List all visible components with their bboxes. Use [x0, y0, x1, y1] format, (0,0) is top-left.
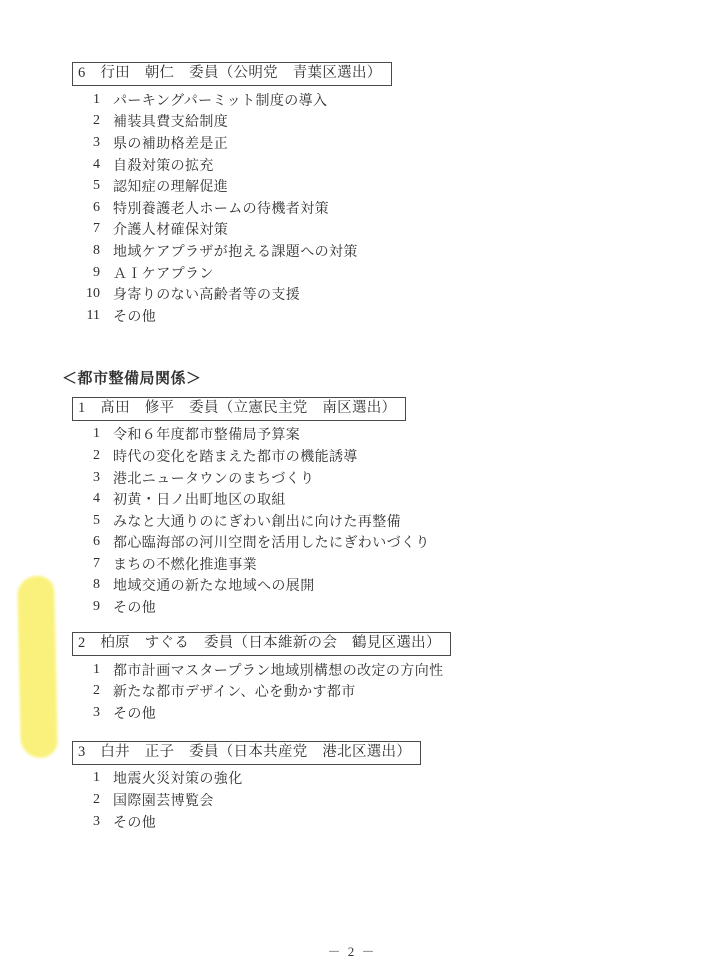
- agenda-item-text: 時代の変化を踏まえた都市の機能誘導: [113, 446, 358, 466]
- agenda-item-text: その他: [113, 306, 156, 326]
- agenda-item-text: 自殺対策の拡充: [113, 155, 214, 175]
- agenda-item: 4初黄・日ノ出町地区の取組: [72, 488, 682, 510]
- agenda-item-number: 3: [72, 135, 100, 151]
- agenda-item-number: 7: [72, 221, 100, 237]
- agenda-item-number: 3: [72, 470, 100, 486]
- member-header-text: 3 白井 正子 委員（日本共産党 港北区選出）: [78, 744, 411, 760]
- agenda-item: 2国際園芸博覧会: [72, 789, 682, 811]
- agenda-item: 9その他: [72, 596, 682, 618]
- agenda-item-text: パーキングパーミット制度の導入: [113, 90, 327, 110]
- agenda-item-number: 5: [72, 178, 100, 194]
- agenda-item-text: 認知症の理解促進: [113, 176, 228, 196]
- agenda-item-text: 港北ニュータウンのまちづくり: [113, 468, 314, 488]
- member-header-box: 2 柏原 すぐる 委員（日本維新の会 鶴見区選出）: [72, 632, 451, 656]
- agenda-item-list: 1都市計画マスタープラン地域別構想の改定の方向性 2新たな都市デザイン、心を動か…: [72, 659, 682, 724]
- agenda-item-number: 8: [72, 243, 100, 259]
- agenda-item: 3県の補助格差是正: [72, 132, 682, 154]
- agenda-item-number: 1: [72, 770, 100, 786]
- agenda-item-text: 介護人材確保対策: [113, 219, 228, 239]
- agenda-item-text: 地域交通の新たな地域への展開: [113, 575, 315, 595]
- agenda-item-list: 1地震火災対策の強化 2国際園芸博覧会 3その他: [72, 768, 682, 833]
- agenda-item-number: 1: [72, 662, 100, 678]
- agenda-item-list: 1令和６年度都市整備局予算案 2時代の変化を踏まえた都市の機能誘導 3港北ニュー…: [72, 424, 682, 618]
- agenda-item: 1地震火災対策の強化: [72, 768, 682, 790]
- agenda-item-number: 10: [72, 286, 100, 302]
- agenda-item: 1令和６年度都市整備局予算案: [72, 424, 682, 446]
- yellow-highlight-marker: [17, 576, 58, 759]
- member-header-text: 1 髙田 修平 委員（立憲民主党 南区選出）: [78, 400, 396, 416]
- agenda-item: 7まちの不燃化推進事業: [72, 553, 682, 575]
- agenda-item: 8地域交通の新たな地域への展開: [72, 575, 682, 597]
- agenda-item: 8地域ケアプラザが抱える課題への対策: [72, 240, 682, 262]
- agenda-item-text: その他: [113, 812, 156, 832]
- agenda-item: 4自殺対策の拡充: [72, 154, 682, 176]
- agenda-item-list: 1パーキングパーミット制度の導入 2補装具費支給制度 3県の補助格差是正 4自殺…: [72, 89, 682, 327]
- member-header-text: 2 柏原 すぐる 委員（日本維新の会 鶴見区選出）: [78, 635, 441, 651]
- agenda-item-number: 7: [72, 556, 100, 572]
- agenda-item: 7介護人材確保対策: [72, 219, 682, 241]
- agenda-item-text: その他: [113, 597, 156, 617]
- agenda-item: 9ＡＩケアプラン: [72, 262, 682, 284]
- agenda-item-number: 5: [72, 513, 100, 529]
- agenda-item-number: 8: [72, 577, 100, 593]
- agenda-item: 6都心臨海部の河川空間を活用したにぎわいづくり: [72, 532, 682, 554]
- agenda-item: 11その他: [72, 305, 682, 327]
- agenda-item: 10身寄りのない高齢者等の支援: [72, 283, 682, 305]
- member-header-box: 6 行田 朝仁 委員（公明党 青葉区選出）: [72, 62, 392, 86]
- agenda-item: 5認知症の理解促進: [72, 175, 682, 197]
- agenda-item-text: 初黄・日ノ出町地区の取組: [113, 489, 286, 509]
- member-header-text: 6 行田 朝仁 委員（公明党 青葉区選出）: [78, 65, 382, 81]
- agenda-item: 1パーキングパーミット制度の導入: [72, 89, 682, 111]
- agenda-item-text: 令和６年度都市整備局予算案: [113, 424, 300, 444]
- agenda-item-number: 4: [72, 491, 100, 507]
- agenda-item-text: 新たな都市デザイン、心を動かす都市: [113, 681, 356, 701]
- agenda-item-number: 3: [72, 705, 100, 721]
- agenda-item-text: 県の補助格差是正: [113, 133, 228, 153]
- section-heading-toshi-seibi-kyoku: ＜都市整備局関係＞: [62, 369, 682, 389]
- agenda-item-text: みなと大通りのにぎわい創出に向けた再整備: [113, 511, 401, 531]
- agenda-item: 2補装具費支給制度: [72, 111, 682, 133]
- agenda-item: 2時代の変化を踏まえた都市の機能誘導: [72, 445, 682, 467]
- agenda-item-number: 2: [72, 448, 100, 464]
- agenda-item-number: 4: [72, 157, 100, 173]
- agenda-item-text: まちの不燃化推進事業: [113, 554, 257, 574]
- document-page: 6 行田 朝仁 委員（公明党 青葉区選出） 1パーキングパーミット制度の導入 2…: [0, 0, 704, 970]
- agenda-item-number: 3: [72, 814, 100, 830]
- agenda-item-text: 都心臨海部の河川空間を活用したにぎわいづくり: [113, 532, 430, 552]
- agenda-item-text: その他: [113, 703, 156, 723]
- agenda-item-number: 1: [72, 92, 100, 108]
- agenda-item-number: 2: [72, 113, 100, 129]
- agenda-item-number: 2: [72, 683, 100, 699]
- agenda-item: 3その他: [72, 702, 682, 724]
- agenda-item: 5みなと大通りのにぎわい創出に向けた再整備: [72, 510, 682, 532]
- agenda-item: 1都市計画マスタープラン地域別構想の改定の方向性: [72, 659, 682, 681]
- agenda-item: 6特別養護老人ホームの待機者対策: [72, 197, 682, 219]
- agenda-item-number: 6: [72, 534, 100, 550]
- agenda-item-text: 特別養護老人ホームの待機者対策: [113, 198, 329, 218]
- agenda-item-text: 補装具費支給制度: [113, 111, 228, 131]
- agenda-item-text: ＡＩケアプラン: [113, 263, 214, 283]
- agenda-item-text: 地域ケアプラザが抱える課題への対策: [113, 241, 358, 261]
- agenda-item-text: 地震火災対策の強化: [113, 768, 243, 788]
- agenda-item-number: 6: [72, 200, 100, 216]
- agenda-item-text: 国際園芸博覧会: [113, 790, 214, 810]
- agenda-item-number: 1: [72, 426, 100, 442]
- document-content: 6 行田 朝仁 委員（公明党 青葉区選出） 1パーキングパーミット制度の導入 2…: [72, 62, 682, 832]
- member-header-box: 1 髙田 修平 委員（立憲民主党 南区選出）: [72, 397, 406, 421]
- agenda-item-number: 9: [72, 265, 100, 281]
- page-number: － 2 －: [0, 941, 704, 960]
- member-header-box: 3 白井 正子 委員（日本共産党 港北区選出）: [72, 741, 421, 765]
- agenda-item-text: 身寄りのない高齢者等の支援: [113, 284, 300, 304]
- agenda-item-number: 11: [72, 308, 100, 324]
- agenda-item: 2新たな都市デザイン、心を動かす都市: [72, 680, 682, 702]
- agenda-item-number: 9: [72, 599, 100, 615]
- agenda-item-number: 2: [72, 792, 100, 808]
- agenda-item: 3港北ニュータウンのまちづくり: [72, 467, 682, 489]
- agenda-item-text: 都市計画マスタープラン地域別構想の改定の方向性: [113, 660, 444, 680]
- agenda-item: 3その他: [72, 811, 682, 833]
